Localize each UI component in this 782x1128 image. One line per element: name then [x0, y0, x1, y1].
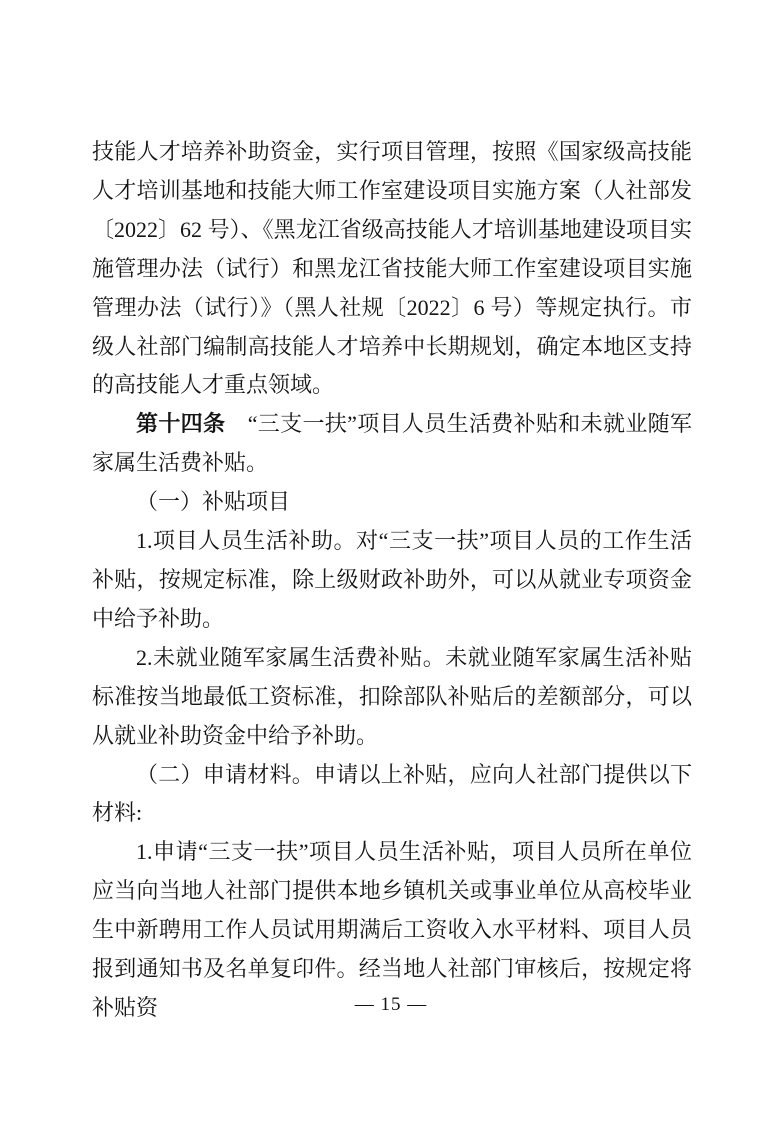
document-page: 技能人才培养补助资金，实行项目管理，按照《国家级高技能人才培训基地和技能大师工作… — [0, 0, 782, 1128]
document-body: 技能人才培养补助资金，实行项目管理，按照《国家级高技能人才培训基地和技能大师工作… — [92, 133, 692, 1028]
paragraph-item-2-military-family-subsidy: 2.未就业随军家属生活费补贴。未就业随军家属生活补贴标准按当地最低工资标准，扣除… — [92, 639, 692, 756]
paragraph-article-14: 第十四条 “三支一扶”项目人员生活费补贴和未就业随军家属生活费补贴。 — [92, 405, 692, 483]
page-number: — 15 — — [0, 994, 782, 1016]
paragraph-item-1-living-subsidy: 1.项目人员生活补助。对“三支一扶”项目人员的工作生活补贴，按规定标准，除上级财… — [92, 522, 692, 639]
paragraph-continuation: 技能人才培养补助资金，实行项目管理，按照《国家级高技能人才培训基地和技能大师工作… — [92, 133, 692, 405]
article-14-number: 第十四条 — [136, 411, 225, 436]
paragraph-application-materials-heading: （二）申请材料。申请以上补贴，应向人社部门提供以下材料: — [92, 756, 692, 834]
paragraph-subsidy-items-heading: （一）补贴项目 — [92, 483, 692, 522]
